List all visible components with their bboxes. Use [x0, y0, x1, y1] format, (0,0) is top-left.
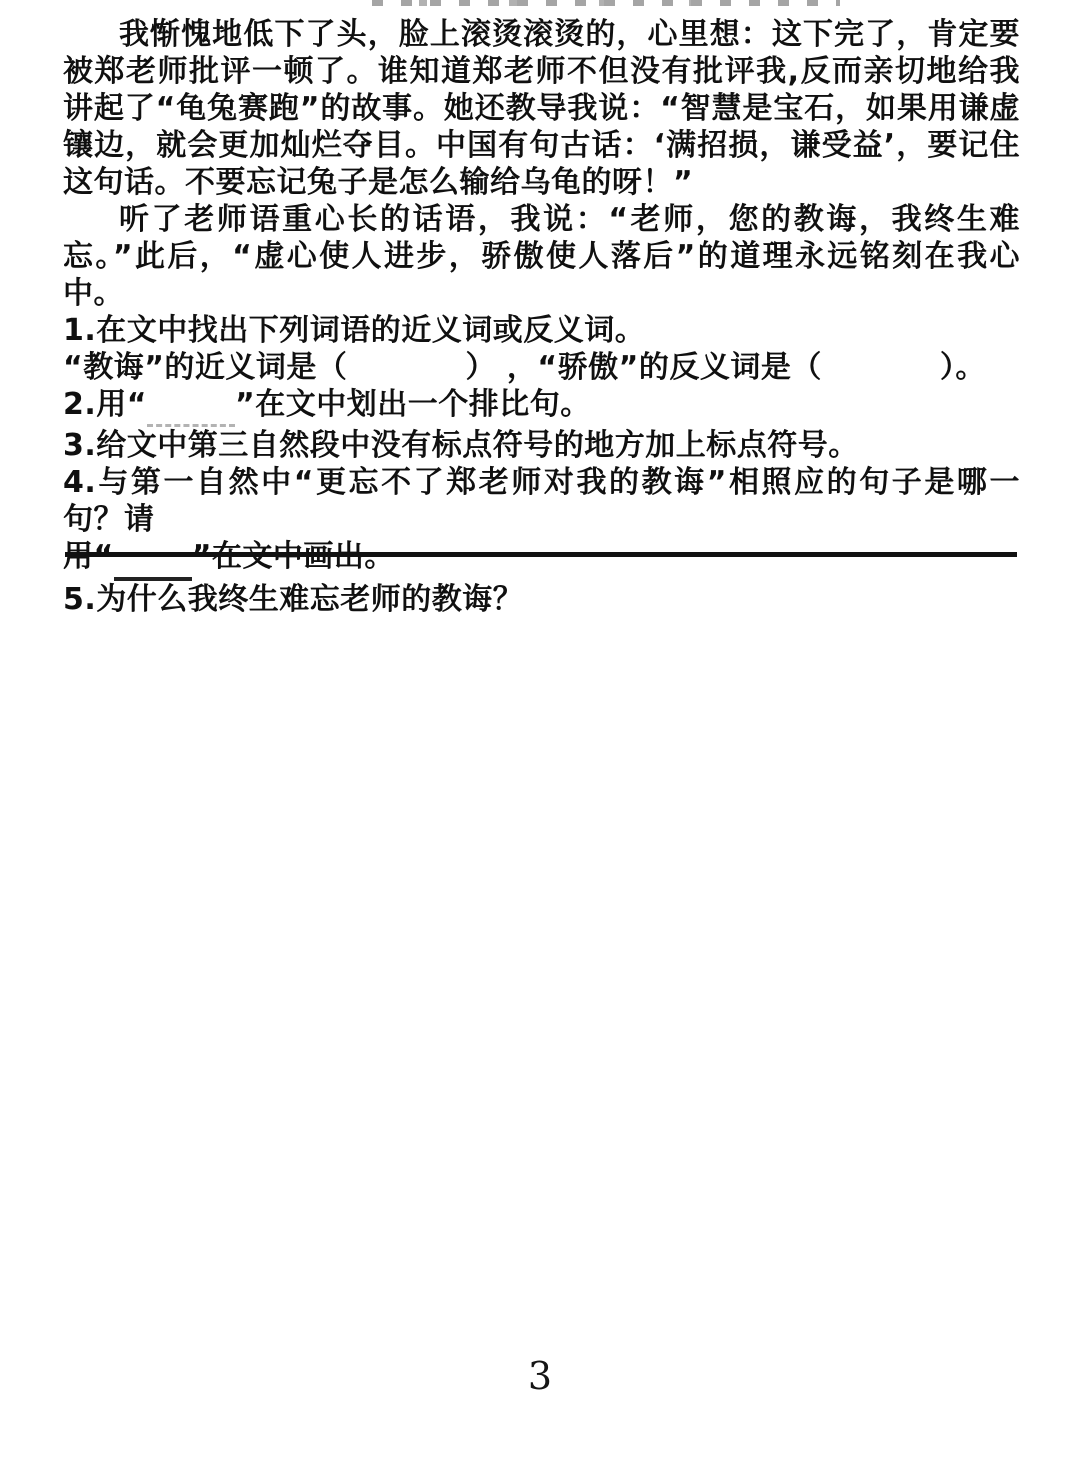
- text-run: 3.给文中第三自然段中没有标点符号的地方加上标点符号。: [63, 428, 859, 463]
- page-number: 3: [0, 1354, 1080, 1398]
- question-1: 1.在文中找出下列词语的近义词或反义词。: [63, 312, 1020, 349]
- text-run: ）。: [940, 350, 986, 385]
- text-run: 1.在文中找出下列词语的近义词或反义词。: [63, 313, 645, 348]
- document-content: 我惭愧地低下了头，脸上滚烫滚烫的，心里想：这下完了，肯定要被郑老师批评一顿了。谁…: [63, 16, 1020, 618]
- wavy-line-mark-blank: [147, 418, 235, 427]
- question-3: 3.给文中第三自然段中没有标点符号的地方加上标点符号。: [63, 427, 1020, 464]
- answer-space: [347, 375, 465, 377]
- text-run: 我惭愧地低下了头，脸上滚烫滚烫的，心里想：这下完了，肯定要被郑老师批评一顿了。谁…: [63, 17, 1020, 200]
- text-run: 4.与第一自然中“更忘不了郑老师对我的教诲”相照应的句子是哪一句？请: [63, 465, 1020, 537]
- text-run: ”在文中划出一个排比句。: [235, 387, 591, 422]
- passage-paragraph-1: 我惭愧地低下了头，脸上滚烫滚烫的，心里想：这下完了，肯定要被郑老师批评一顿了。谁…: [63, 16, 1020, 201]
- question-5: 5.为什么我终生难忘老师的教诲？: [63, 581, 1020, 618]
- text-run: 2.用“: [63, 387, 147, 422]
- section-divider-rule: [65, 552, 1017, 557]
- worksheet-page: 我惭愧地低下了头，脸上滚烫滚烫的，心里想：这下完了，肯定要被郑老师批评一顿了。谁…: [0, 0, 1080, 1458]
- text-run: 听了老师语重心长的话语，我说：“老师，您的教诲，我终生难忘。”此后，“虚心使人进…: [63, 202, 1020, 311]
- question-2: 2.用“”在文中划出一个排比句。: [63, 386, 1020, 427]
- clipped-heading-fragments: [372, 0, 840, 6]
- question-4-line-2: 用“”在文中画出。: [63, 538, 1020, 581]
- underline-mark-blank: [114, 571, 192, 581]
- text-run: ） ，“骄傲”的反义词是（: [465, 350, 821, 385]
- text-run: “教诲”的近义词是（: [63, 350, 347, 385]
- text-run: 5.为什么我终生难忘老师的教诲？: [63, 582, 523, 617]
- answer-space: [822, 375, 940, 377]
- question-1-blanks: “教诲”的近义词是（） ，“骄傲”的反义词是（）。: [63, 349, 1020, 386]
- question-4: 4.与第一自然中“更忘不了郑老师对我的教诲”相照应的句子是哪一句？请: [63, 464, 1020, 538]
- passage-paragraph-2: 听了老师语重心长的话语，我说：“老师，您的教诲，我终生难忘。”此后，“虚心使人进…: [63, 201, 1020, 312]
